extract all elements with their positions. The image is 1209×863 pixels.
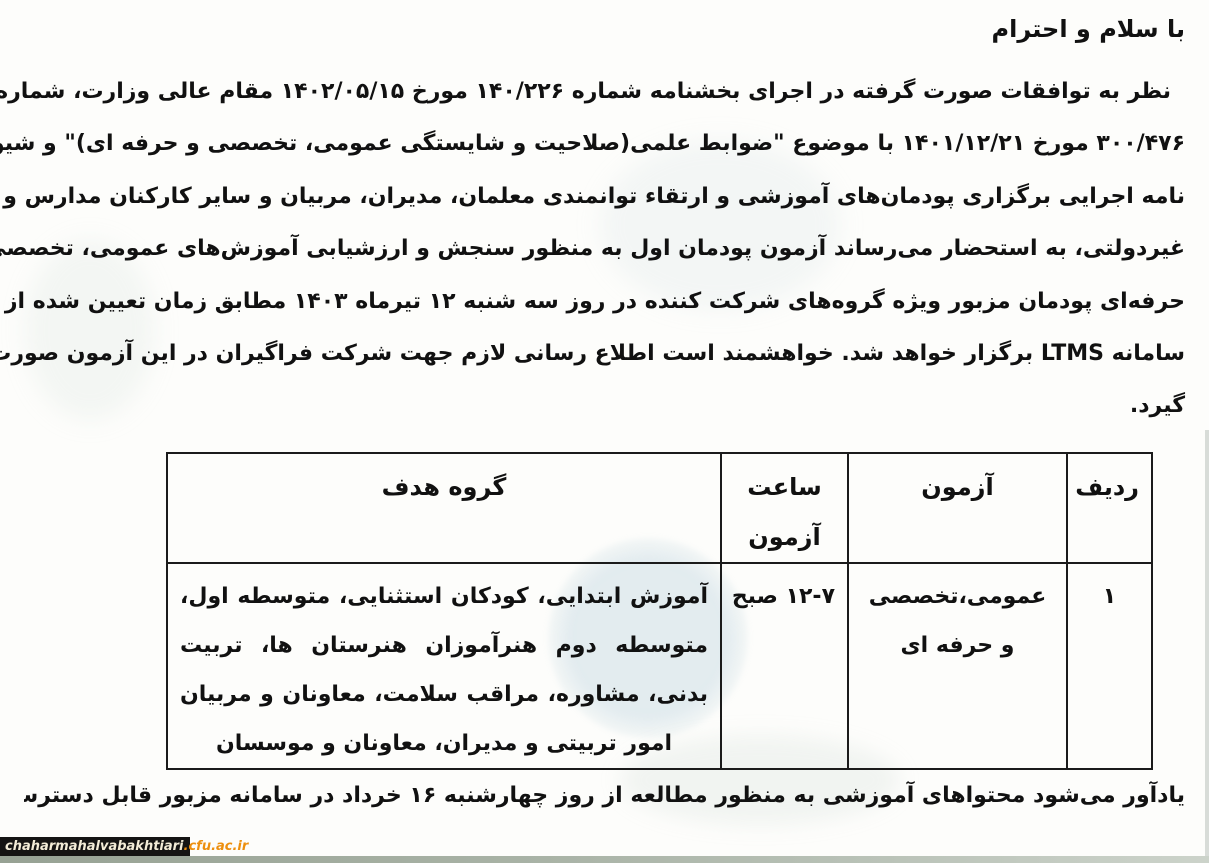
- body-line: ۳۰۰/۴۷۶ مورخ ۱۴۰۱/۱۲/۲۱ با موضوع "ضوابط …: [140, 118, 1185, 170]
- body-line: حرفه‌ای پودمان مزبور ویژه گروه‌های شرکت …: [140, 276, 1185, 328]
- table-row: ۱ عمومی،تخصصی و حرفه ای ۱۲-۷ صبح آموزش ا…: [167, 563, 1152, 769]
- body-line: نظر به توافقات صورت گرفته در اجرای بخشنا…: [140, 66, 1185, 118]
- scan-edge-right: [1205, 430, 1209, 856]
- site-watermark-domain: .cfu.ac.ir: [184, 839, 249, 854]
- cell-target-group: آموزش ابتدایی، کودکان استثنایی، متوسطه ا…: [167, 563, 721, 769]
- greeting-label: با سلام و احترام: [992, 15, 1186, 43]
- cell-row-number: ۱: [1067, 563, 1152, 769]
- header-cell-exam-time: ساعت آزمون: [721, 453, 848, 563]
- table-header-row: ردیف آزمون ساعت آزمون گروه هدف: [167, 453, 1152, 563]
- cell-exam: عمومی،تخصصی و حرفه ای: [848, 563, 1067, 769]
- site-watermark-name: chaharmahalvabakhtiari: [5, 839, 184, 854]
- footer-note: یادآور می‌شود محتواهای آموزشی به منظور م…: [24, 778, 1185, 814]
- exam-schedule-table: ردیف آزمون ساعت آزمون گروه هدف ۱ عمومی،ت…: [166, 452, 1153, 770]
- cell-exam-time: ۱۲-۷ صبح: [721, 563, 848, 769]
- scan-edge-strip: [0, 856, 1209, 863]
- body-line: گیرد.: [140, 380, 1185, 432]
- body-line: سامانه LTMS برگزار خواهد شد. خواهشمند اس…: [140, 328, 1185, 380]
- body-line: نامه اجرایی برگزاری پودمان‌های آموزشی و …: [140, 171, 1185, 223]
- body-paragraph: نظر به توافقات صورت گرفته در اجرای بخشنا…: [140, 66, 1185, 433]
- header-cell-exam: آزمون: [848, 453, 1067, 563]
- body-line: غیردولتی، به استحضار می‌رساند آزمون پودم…: [140, 223, 1185, 275]
- scanned-letter-page: با سلام و احترام نظر به توافقات صورت گرف…: [0, 0, 1209, 863]
- header-cell-target-group: گروه هدف: [167, 453, 721, 563]
- greeting-text: با سلام و احترام: [992, 12, 1186, 46]
- site-watermark-bar: chaharmahalvabakhtiari.cfu.ac.ir: [0, 837, 190, 856]
- header-cell-row-number: ردیف: [1067, 453, 1152, 563]
